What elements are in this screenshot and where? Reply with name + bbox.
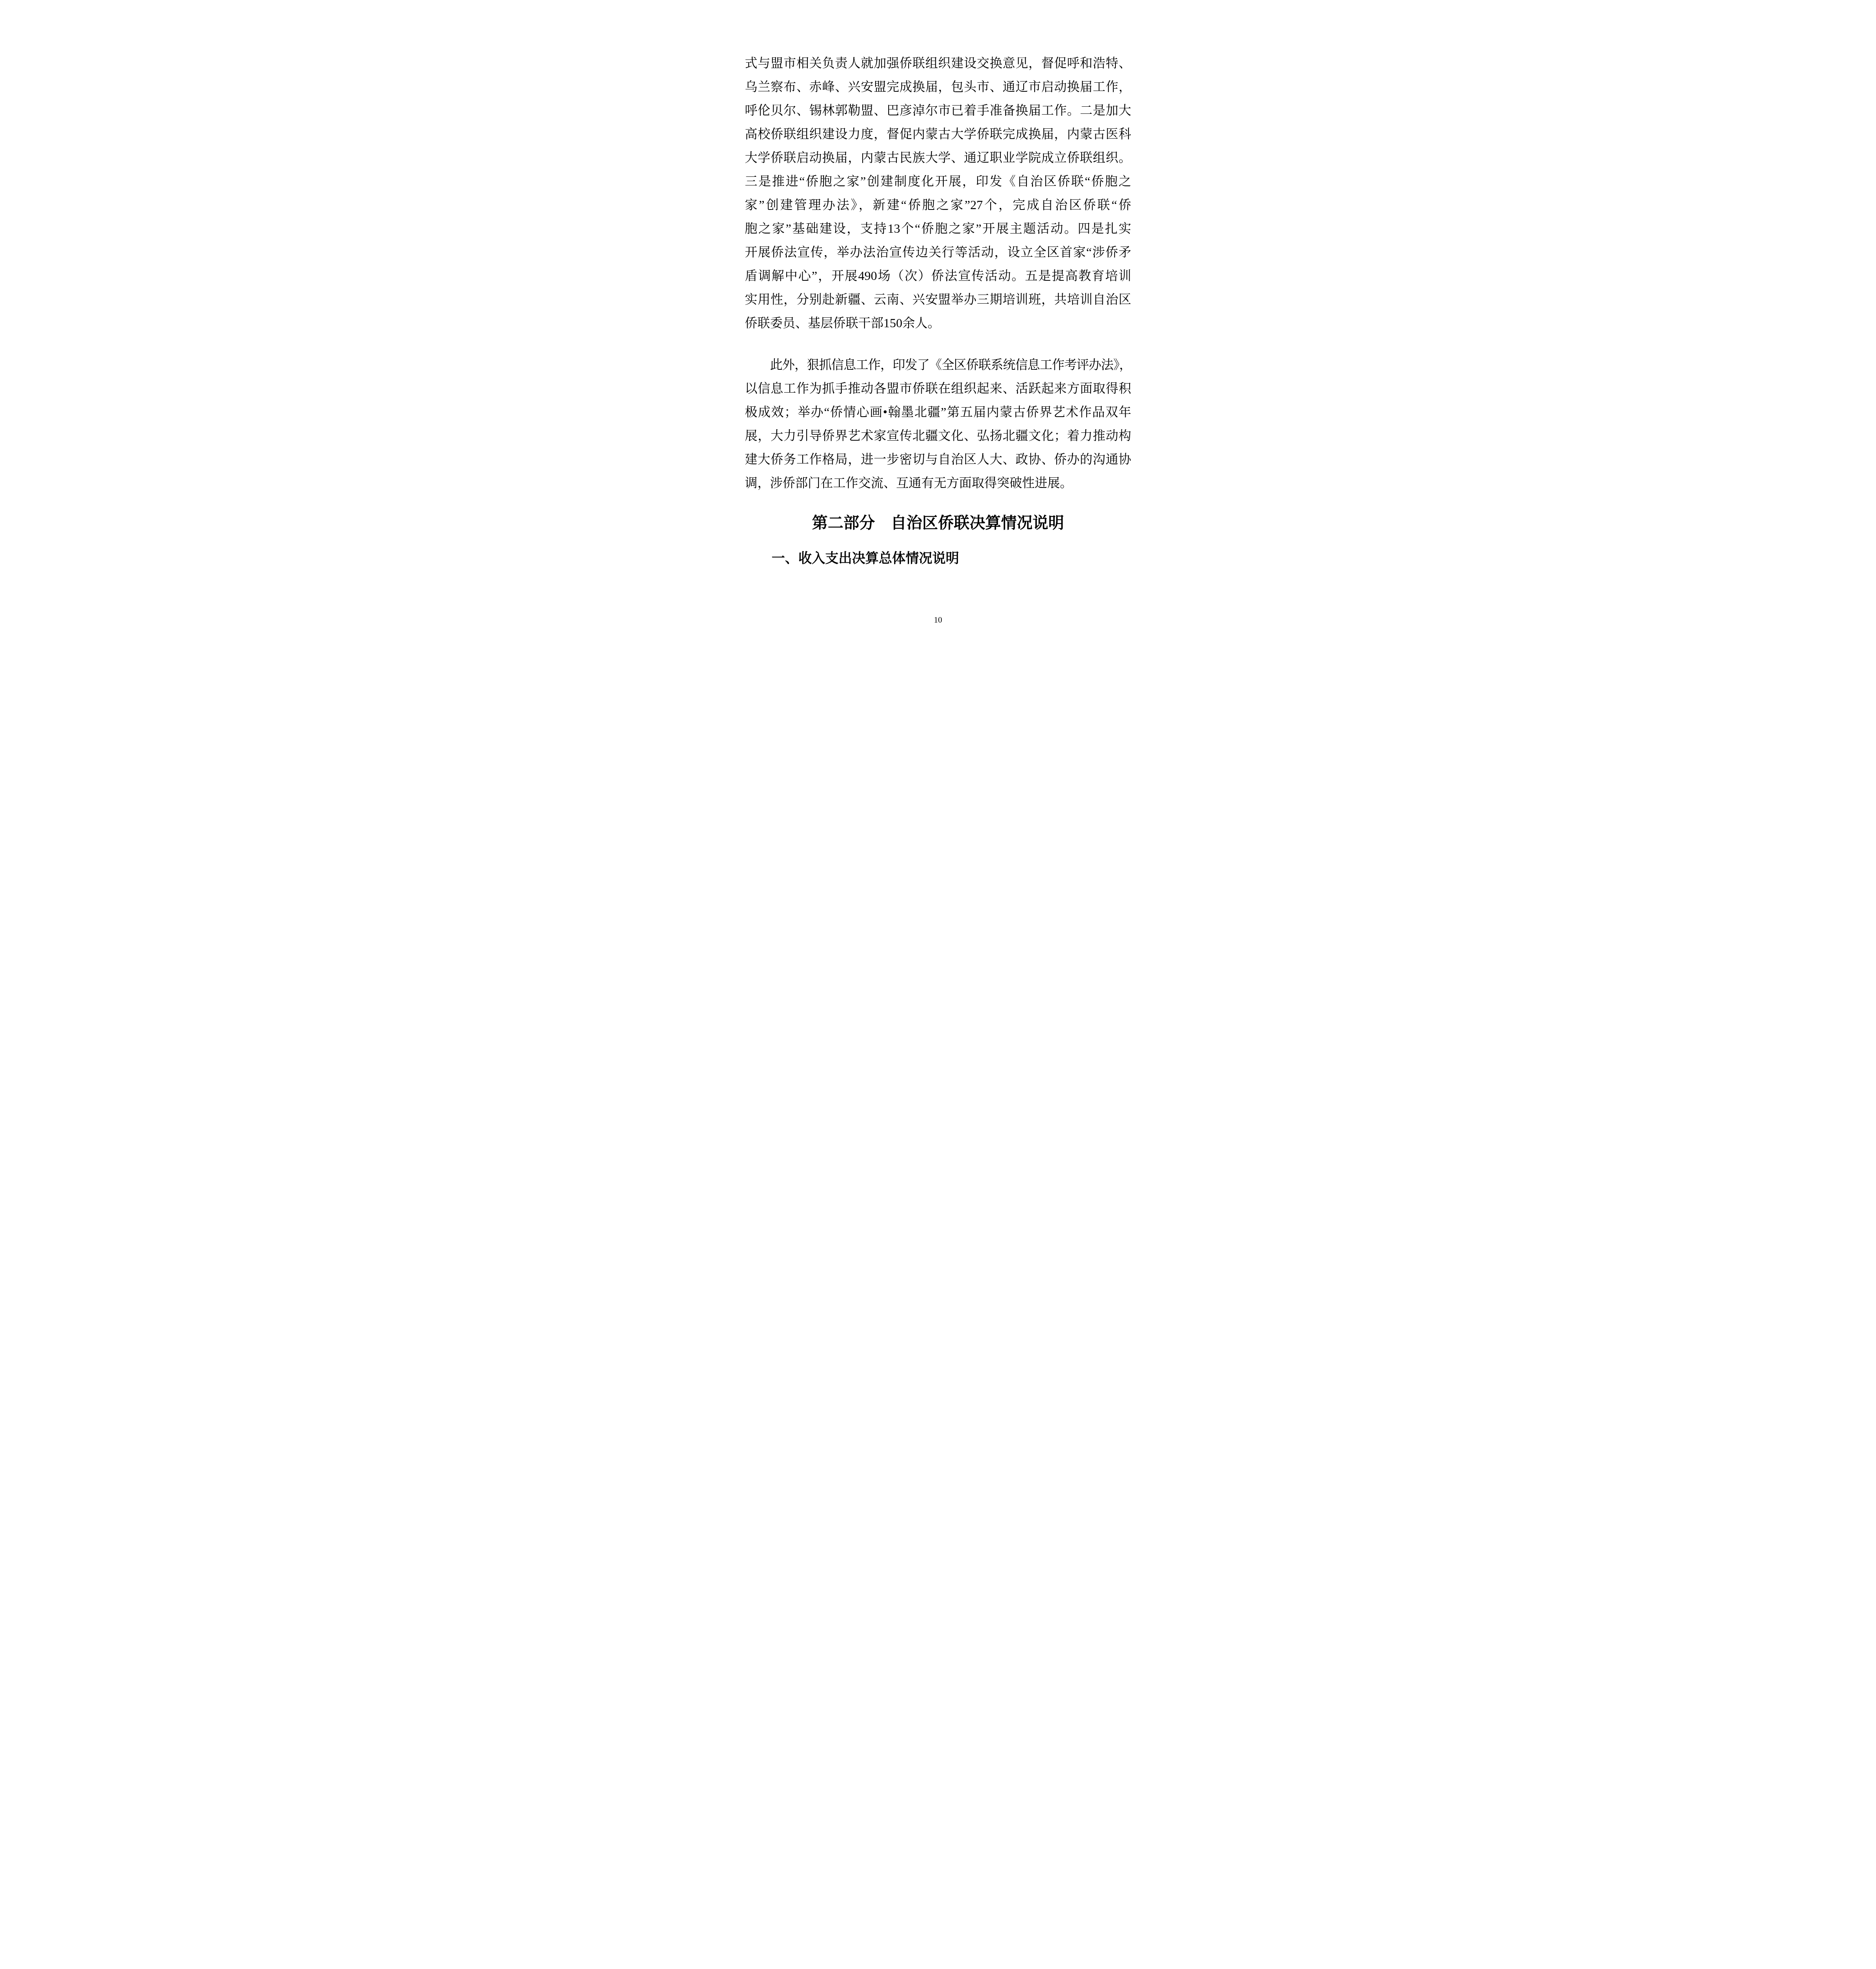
text-line: 此外，狠抓信息工作，印发了《全区侨联系统信息工作考评办法》，	[745, 353, 1131, 376]
paragraph-continuation: 式与盟市相关负责人就加强侨联组织建设交换意见，督促呼和浩特、乌兰察布、赤峰、兴安…	[745, 51, 1131, 335]
document-content: 式与盟市相关负责人就加强侨联组织建设交换意见，督促呼和浩特、乌兰察布、赤峰、兴安…	[703, 0, 1173, 569]
text-line: 实用性，分别赴新疆、云南、兴安盟举办三期培训班，共培训自治区	[745, 287, 1131, 311]
text-line: 极成效；举办“侨情心画•翰墨北疆”第五届内蒙古侨界艺术作品双年	[745, 400, 1131, 424]
text-line: 乌兰察布、赤峰、兴安盟完成换届，包头市、通辽市启动换届工作，	[745, 75, 1131, 98]
text-line: 开展侨法宣传，举办法治宣传边关行等活动，设立全区首家“涉侨矛	[745, 240, 1131, 264]
text-line: 建大侨务工作格局，进一步密切与自治区人大、政协、侨办的沟通协	[745, 447, 1131, 471]
document-page: 式与盟市相关负责人就加强侨联组织建设交换意见，督促呼和浩特、乌兰察布、赤峰、兴安…	[703, 0, 1173, 663]
text-line: 三是推进“侨胞之家”创建制度化开展，印发《自治区侨联“侨胞之	[745, 169, 1131, 193]
text-line: 胞之家”基础建设，支持13个“侨胞之家”开展主题活动。四是扎实	[745, 217, 1131, 240]
subsection-heading: 一、收入支出决算总体情况说明	[745, 548, 1131, 569]
text-line: 高校侨联组织建设力度，督促内蒙古大学侨联完成换届，内蒙古医科	[745, 122, 1131, 146]
text-line: 大学侨联启动换届，内蒙古民族大学、通辽职业学院成立侨联组织。	[745, 146, 1131, 169]
text-line: 展，大力引导侨界艺术家宣传北疆文化、弘扬北疆文化；着力推动构	[745, 424, 1131, 447]
text-line: 家”创建管理办法》，新建“侨胞之家”27个，完成自治区侨联“侨	[745, 193, 1131, 217]
text-line: 调，涉侨部门在工作交流、互通有无方面取得突破性进展。	[745, 471, 1131, 495]
paragraph-information-work: 此外，狠抓信息工作，印发了《全区侨联系统信息工作考评办法》，以信息工作为抓手推动…	[745, 353, 1131, 495]
text-line: 侨联委员、基层侨联干部150余人。	[745, 311, 1131, 335]
text-line: 以信息工作为抓手推动各盟市侨联在组织起来、活跃起来方面取得积	[745, 376, 1131, 400]
text-line: 呼伦贝尔、锡林郭勒盟、巴彦淖尔市已着手准备换届工作。二是加大	[745, 98, 1131, 122]
page-number: 10	[703, 614, 1173, 626]
section-heading: 第二部分 自治区侨联决算情况说明	[745, 510, 1131, 536]
text-line: 式与盟市相关负责人就加强侨联组织建设交换意见，督促呼和浩特、	[745, 51, 1131, 75]
text-line: 盾调解中心”，开展490场（次）侨法宣传活动。五是提高教育培训	[745, 264, 1131, 287]
